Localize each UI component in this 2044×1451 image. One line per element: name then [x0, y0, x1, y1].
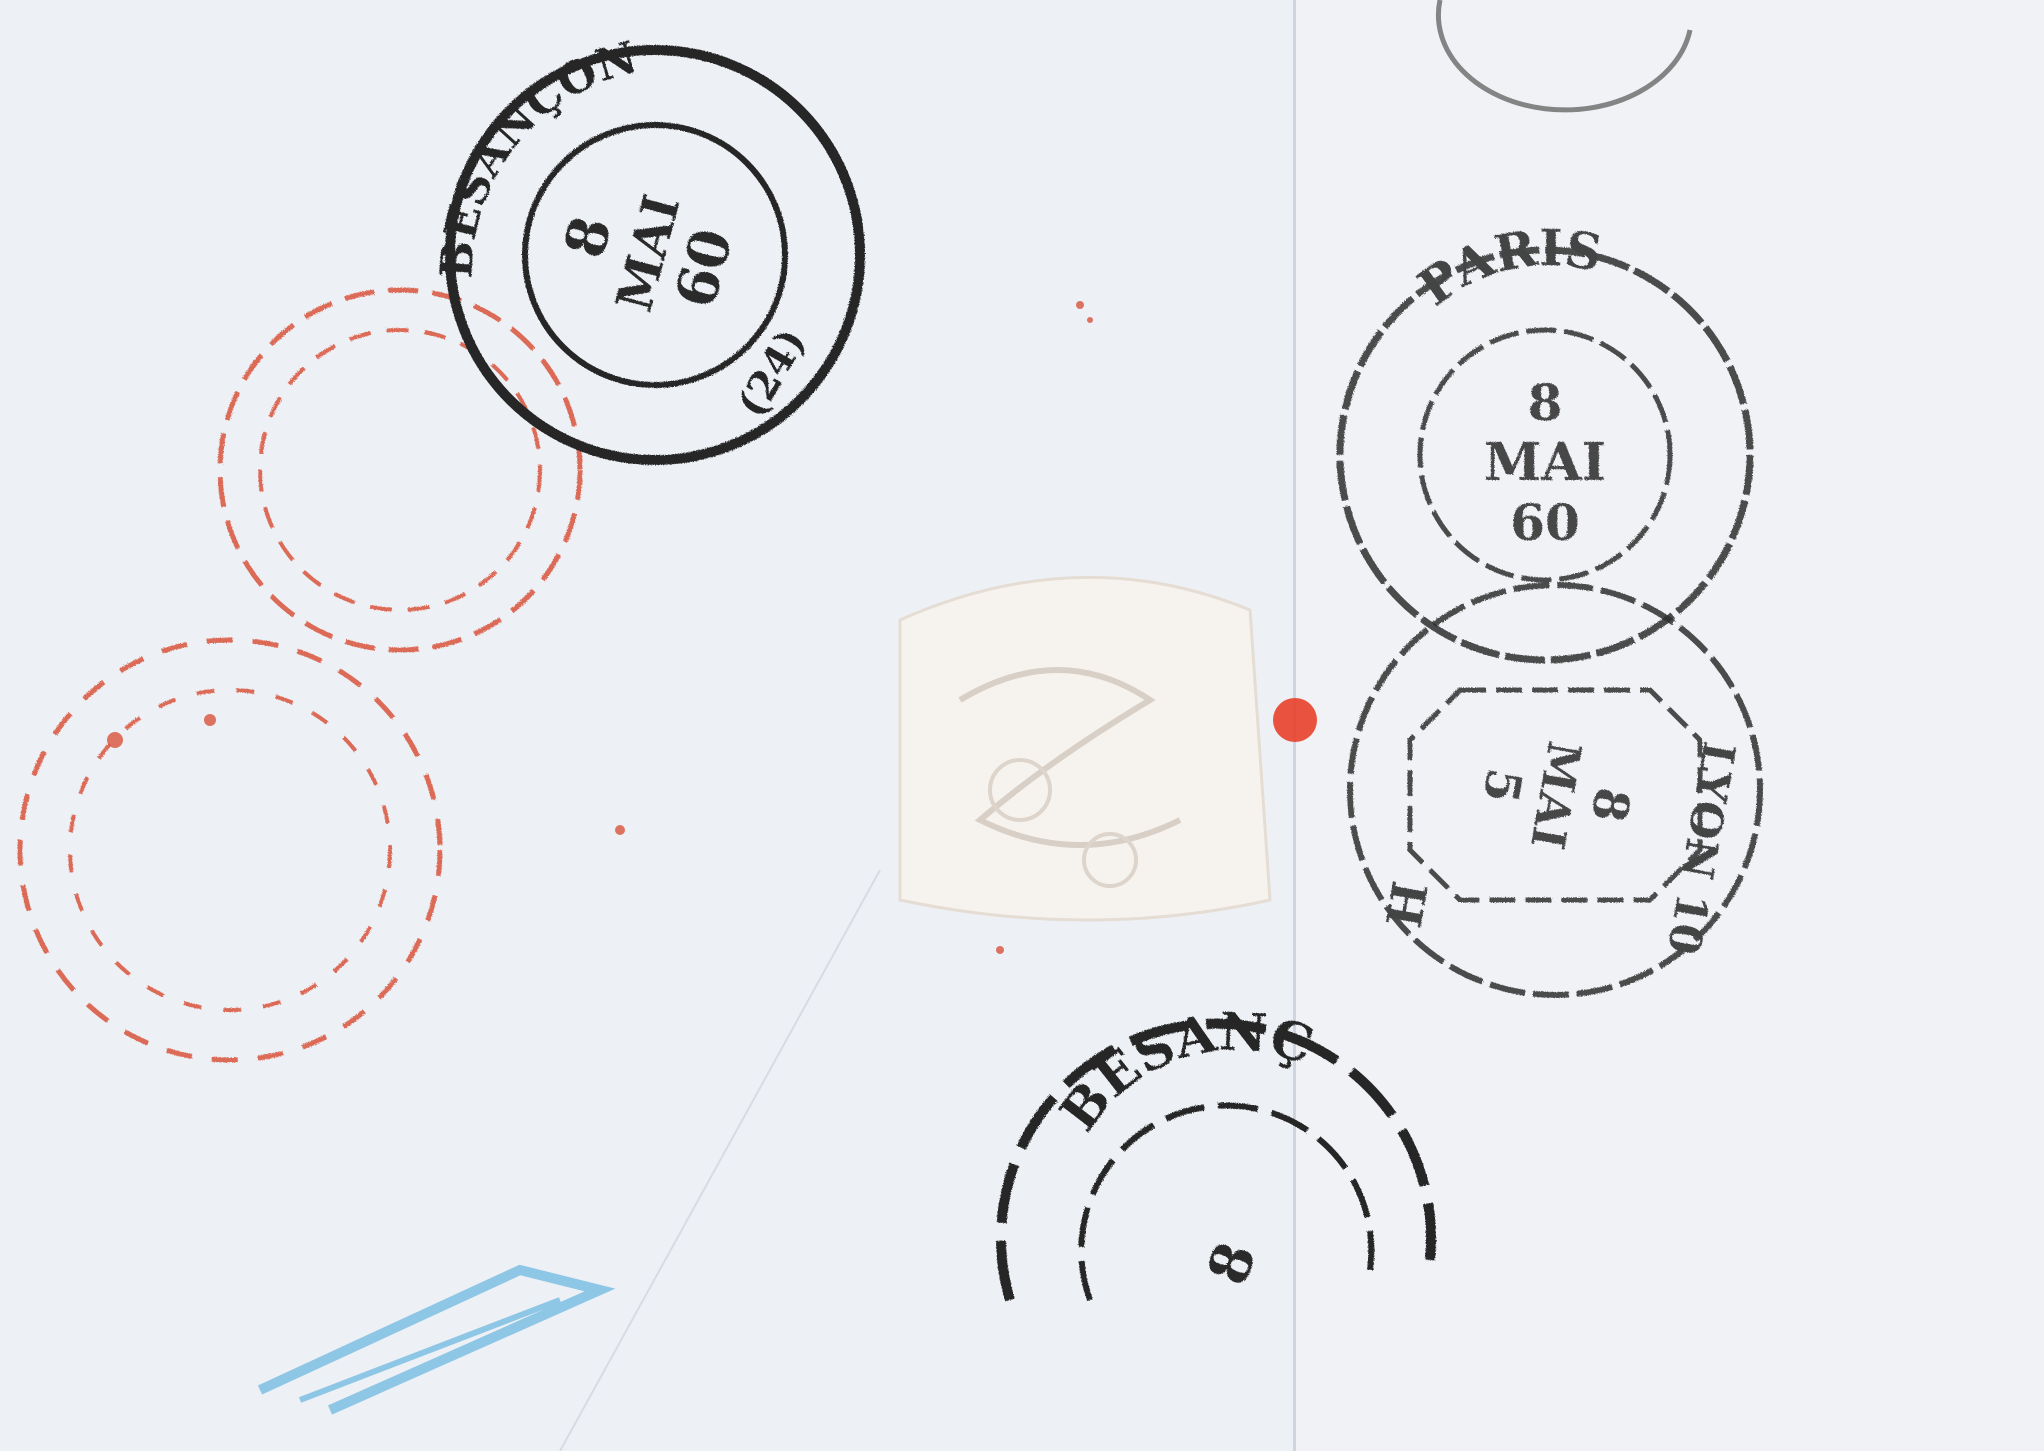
svg-text:8: 8 [1528, 373, 1563, 432]
svg-text:60: 60 [1510, 493, 1580, 552]
red-wax-residue [1273, 698, 1317, 742]
wafer-seal [900, 577, 1270, 920]
postal-cover: BESANÇON (24) 8 MAI 60 PARIS 8 MAI 60 LY… [0, 0, 2044, 1451]
right-panel [1296, 0, 2044, 1451]
svg-text:MAI: MAI [1484, 432, 1606, 493]
cover-artwork: BESANÇON (24) 8 MAI 60 PARIS 8 MAI 60 LY… [0, 0, 2044, 1451]
svg-text:H: H [1377, 878, 1440, 932]
